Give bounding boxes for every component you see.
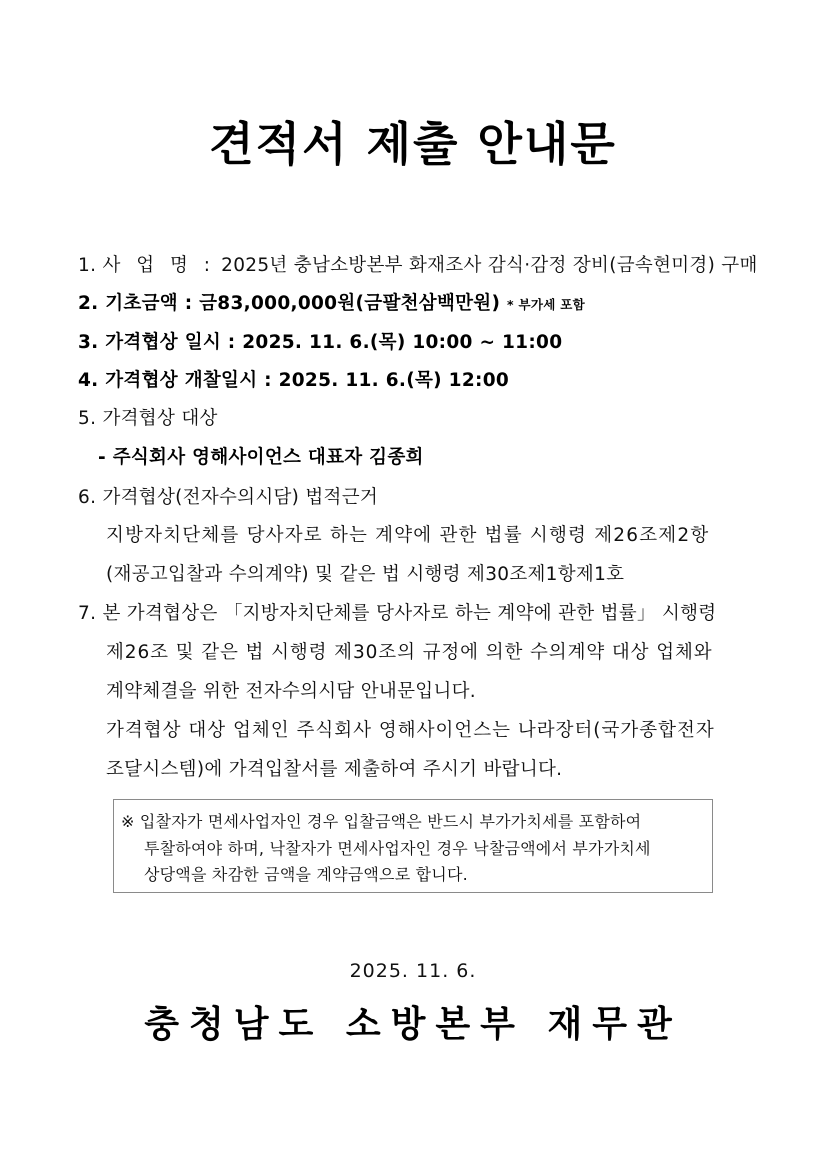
- notice-line-3: 상당액을 차감한 금액을 계약금액으로 합니다.: [144, 862, 468, 885]
- item-label: 가격협상 개찰일시 :: [105, 370, 272, 391]
- item-number: 2.: [78, 293, 99, 314]
- item-label: 사 업 명 :: [102, 255, 215, 276]
- vat-note: * 부가세 포함: [507, 297, 585, 312]
- item-7: 7. 본 가격협상은 「지방자치단체를 당사자로 하는 계약에 관한 법률」 시…: [78, 599, 716, 625]
- item-label: 기초금액 :: [105, 293, 192, 314]
- item-7-line-4: 조달시스템)에 가격입찰서를 제출하여 주시기 바랍니다.: [106, 755, 562, 781]
- item-number: 3.: [78, 332, 99, 353]
- item-number: 7.: [78, 603, 96, 624]
- item-value: 2025. 11. 6.(목) 10:00 ~ 11:00: [242, 332, 562, 353]
- notice-line-2: 투찰하여야 하며, 낙찰자가 면세사업자인 경우 낙찰금액에서 부가가치세: [144, 836, 651, 859]
- item-label: 가격협상(전자수의시담) 법적근거: [102, 487, 378, 508]
- item-5-target: - 주식회사 영해사이언스 대표자 김종희: [98, 443, 424, 469]
- item-label: 본 가격협상은 「지방자치단체를 당사자로 하는 계약에 관한 법률」 시행령: [102, 603, 716, 624]
- item-value: 2025년 충남소방본부 화재조사 감식·감정 장비(금속현미경) 구매: [221, 255, 758, 276]
- notice-line-1: ※ 입찰자가 면세사업자인 경우 입찰금액은 반드시 부가가치세를 포함하여: [121, 809, 641, 832]
- item-7-line-1: 제26조 및 같은 법 시행령 제30조의 규정에 의한 수의계약 대상 업체와: [106, 638, 713, 664]
- item-label: 가격협상 대상: [102, 408, 217, 429]
- item-1: 1. 사 업 명 : 2025년 충남소방본부 화재조사 감식·감정 장비(금속…: [78, 251, 758, 277]
- item-value: 금83,000,000원(금팔천삼백만원): [199, 293, 500, 314]
- item-label: 가격협상 일시 :: [105, 332, 235, 353]
- item-number: 1.: [78, 255, 96, 276]
- item-2: 2. 기초금액 : 금83,000,000원(금팔천삼백만원) * 부가세 포함: [78, 289, 585, 315]
- item-number: 4.: [78, 370, 99, 391]
- item-number: 6.: [78, 487, 96, 508]
- item-7-line-3: 가격협상 대상 업체인 주식회사 영해사이언스는 나라장터(국가종합전자: [106, 716, 715, 742]
- item-7-line-2: 계약체결을 위한 전자수의시담 안내문입니다.: [106, 677, 476, 703]
- issue-date: 2025. 11. 6.: [0, 960, 826, 982]
- signer: 충청남도 소방본부 재무관: [0, 996, 826, 1047]
- page-title: 견적서 제출 안내문: [0, 108, 826, 174]
- item-3: 3. 가격협상 일시 : 2025. 11. 6.(목) 10:00 ~ 11:…: [78, 328, 562, 354]
- notice-symbol: ※: [121, 812, 135, 831]
- item-6-line-1: 지방자치단체를 당사자로 하는 계약에 관한 법률 시행령 제26조제2항: [106, 521, 709, 547]
- item-value: 2025. 11. 6.(목) 12:00: [279, 370, 509, 391]
- item-6-line-2: (재공고입찰과 수의계약) 및 같은 법 시행령 제30조제1항제1호: [106, 560, 624, 586]
- item-6: 6. 가격협상(전자수의시담) 법적근거: [78, 483, 378, 509]
- item-5: 5. 가격협상 대상: [78, 404, 218, 430]
- item-4: 4. 가격협상 개찰일시 : 2025. 11. 6.(목) 12:00: [78, 366, 509, 392]
- item-number: 5.: [78, 408, 96, 429]
